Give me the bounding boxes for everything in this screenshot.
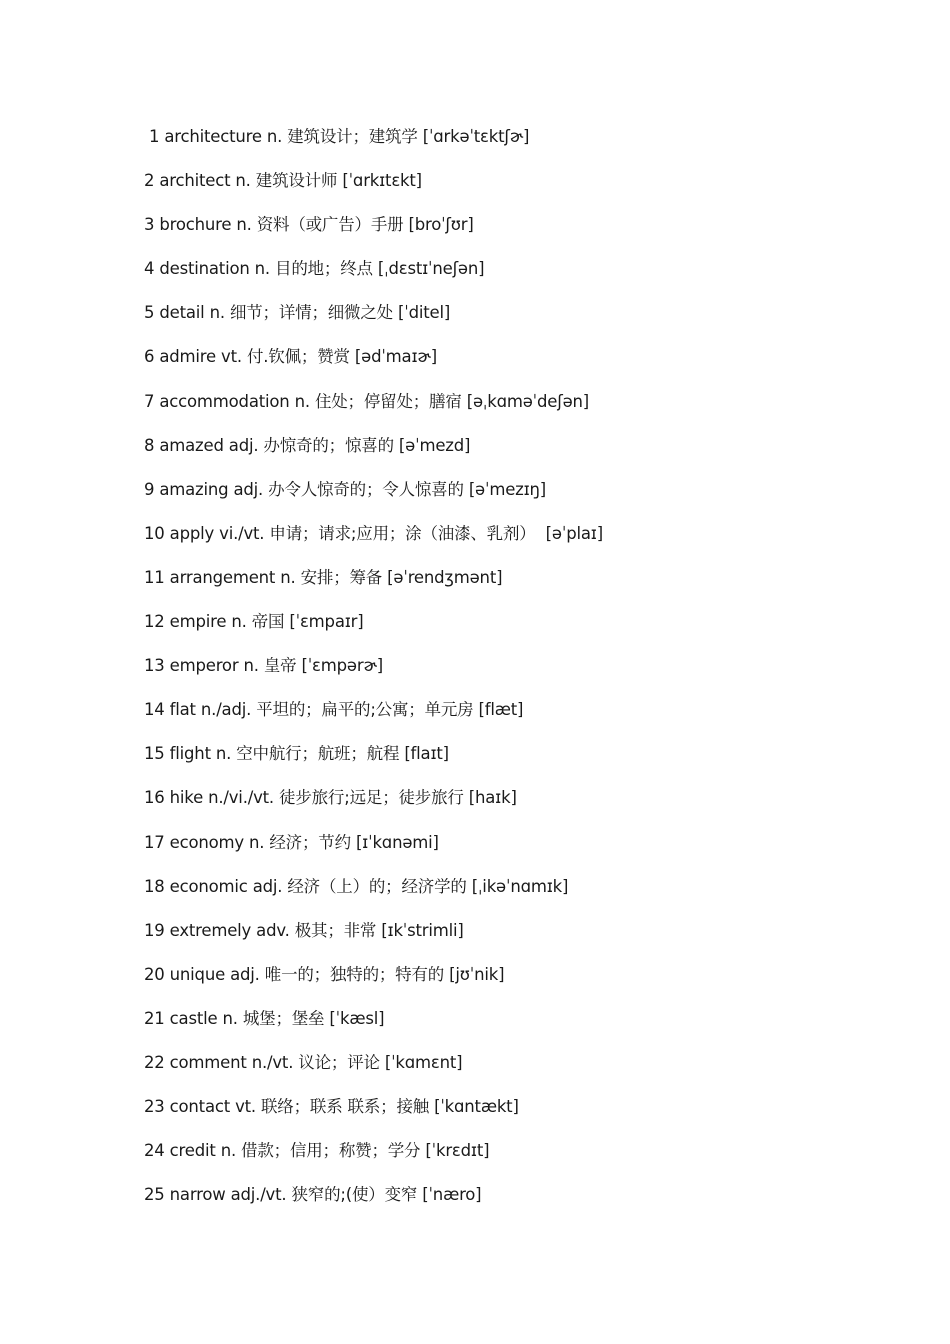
entry-phonetic: [jʊˈnik] — [449, 965, 504, 984]
entry-number: 13 — [144, 656, 165, 675]
entry-phonetic: [ˈɑrkəˈtɛktʃɚ] — [423, 127, 530, 146]
entry-number: 10 — [144, 524, 165, 543]
entry-phonetic: [ədˈmaɪɚ] — [355, 347, 437, 366]
entry-number: 21 — [144, 1009, 165, 1028]
entry-meaning: 付.钦佩；赞赏 — [247, 347, 350, 366]
entry-phonetic: [ˈkrɛdɪt] — [425, 1141, 489, 1160]
entry-word: detail — [159, 303, 204, 322]
entry-word: brochure — [159, 215, 231, 234]
entry-number: 16 — [144, 788, 165, 807]
entry-number: 8 — [144, 436, 154, 455]
entry-meaning: 狭窄的;(使）变窄 — [291, 1185, 417, 1204]
entry-phonetic: [ˈnæro] — [422, 1185, 481, 1204]
entry-phonetic: [əˈplaɪ] — [541, 524, 603, 543]
entry-word: flight — [170, 744, 211, 763]
vocabulary-entry: 9 amazing adj. 办令人惊奇的；令人惊喜的 [əˈmezɪŋ] — [144, 477, 603, 521]
entry-number: 14 — [144, 700, 165, 719]
entry-number: 7 — [144, 392, 154, 411]
entry-meaning: 城堡；堡垒 — [243, 1009, 325, 1028]
entry-number: 1 — [144, 127, 159, 146]
vocabulary-entry: 12 empire n. 帝国 [ˈɛmpaɪr] — [144, 609, 603, 653]
entry-word: architect — [159, 171, 230, 190]
vocabulary-entry: 10 apply vi./vt. 申请；请求;应用；涂（油漆、乳剂） [əˈpl… — [144, 521, 603, 565]
entry-phonetic: [flæt] — [479, 700, 524, 719]
entry-word: contact — [170, 1097, 230, 1116]
entry-part-of-speech: n. — [236, 215, 251, 234]
entry-phonetic: [ˈɑrkɪtɛkt] — [342, 171, 422, 190]
vocabulary-list: 1 architecture n. 建筑设计；建筑学 [ˈɑrkəˈtɛktʃɚ… — [144, 124, 603, 1226]
vocabulary-entry: 16 hike n./vi./vt. 徒步旅行;远足；徒步旅行 [haɪk] — [144, 785, 603, 829]
entry-word: accommodation — [159, 392, 289, 411]
entry-word: comment — [170, 1053, 247, 1072]
vocabulary-entry: 17 economy n. 经济；节约 [ɪˈkɑnəmi] — [144, 830, 603, 874]
entry-part-of-speech: n. — [210, 303, 225, 322]
entry-phonetic: [ˈɛmpaɪr] — [289, 612, 363, 631]
entry-phonetic: [ˈditel] — [398, 303, 450, 322]
vocabulary-entry: 11 arrangement n. 安排；筹备 [əˈrendʒmənt] — [144, 565, 603, 609]
entry-part-of-speech: n. — [295, 392, 310, 411]
vocabulary-entry: 1 architecture n. 建筑设计；建筑学 [ˈɑrkəˈtɛktʃɚ… — [144, 124, 603, 168]
entry-meaning: 资料（或广告）手册 — [257, 215, 404, 234]
entry-phonetic: [ˈkæsl] — [329, 1009, 384, 1028]
entry-word: extremely — [170, 921, 251, 940]
entry-meaning: 住处；停留处；膳宿 — [315, 392, 462, 411]
entry-word: arrangement — [170, 568, 276, 587]
vocabulary-entry: 7 accommodation n. 住处；停留处；膳宿 [əˌkɑməˈdeʃ… — [144, 389, 603, 433]
entry-word: apply — [170, 524, 214, 543]
entry-number: 5 — [144, 303, 154, 322]
vocabulary-entry: 18 economic adj. 经济（上）的；经济学的 [ˌikəˈnɑmɪk… — [144, 874, 603, 918]
entry-phonetic: [əˈmezd] — [399, 436, 470, 455]
entry-number: 17 — [144, 833, 165, 852]
entry-number: 18 — [144, 877, 165, 896]
vocabulary-entry: 2 architect n. 建筑设计师 [ˈɑrkɪtɛkt] — [144, 168, 603, 212]
vocabulary-entry: 15 flight n. 空中航行；航班；航程 [flaɪt] — [144, 741, 603, 785]
entry-number: 20 — [144, 965, 165, 984]
vocabulary-entry: 25 narrow adj./vt. 狭窄的;(使）变窄 [ˈnæro] — [144, 1182, 603, 1226]
entry-phonetic: [əˈrendʒmənt] — [387, 568, 502, 587]
entry-number: 19 — [144, 921, 165, 940]
entry-word: hike — [170, 788, 203, 807]
entry-word: credit — [170, 1141, 216, 1160]
vocabulary-entry: 22 comment n./vt. 议论；评论 [ˈkɑmɛnt] — [144, 1050, 603, 1094]
entry-phonetic: [haɪk] — [469, 788, 517, 807]
vocabulary-entry: 23 contact vt. 联络；联系 联系；接触 [ˈkɑntækt] — [144, 1094, 603, 1138]
entry-number: 2 — [144, 171, 154, 190]
entry-word: amazed — [159, 436, 223, 455]
entry-meaning: 申请；请求;应用；涂（油漆、乳剂） — [269, 524, 535, 543]
vocabulary-entry: 3 brochure n. 资料（或广告）手册 [broˈʃʊr] — [144, 212, 603, 256]
entry-meaning: 借款；信用；称赞；学分 — [241, 1141, 420, 1160]
document-page: 1 architecture n. 建筑设计；建筑学 [ˈɑrkəˈtɛktʃɚ… — [0, 0, 950, 1344]
entry-meaning: 唯一的；独特的；特有的 — [265, 965, 444, 984]
entry-word: unique — [170, 965, 225, 984]
entry-part-of-speech: n. — [223, 1009, 238, 1028]
entry-meaning: 建筑设计师 — [256, 171, 338, 190]
entry-part-of-speech: n. — [216, 744, 231, 763]
entry-phonetic: [broˈʃʊr] — [408, 215, 473, 234]
entry-part-of-speech: n. — [280, 568, 295, 587]
entry-meaning: 经济（上）的；经济学的 — [287, 877, 466, 896]
entry-number: 24 — [144, 1141, 165, 1160]
vocabulary-entry: 5 detail n. 细节；详情；细微之处 [ˈditel] — [144, 300, 603, 344]
entry-part-of-speech: vt. — [235, 1097, 256, 1116]
entry-word: emperor — [170, 656, 239, 675]
entry-part-of-speech: n. — [267, 127, 282, 146]
entry-phonetic: [əˌkɑməˈdeʃən] — [467, 392, 589, 411]
entry-phonetic: [ɪˈkɑnəmi] — [356, 833, 439, 852]
entry-part-of-speech: n. — [235, 171, 250, 190]
vocabulary-entry: 13 emperor n. 皇帝 [ˈɛmpərɚ] — [144, 653, 603, 697]
entry-part-of-speech: vi./vt. — [219, 524, 264, 543]
entry-number: 6 — [144, 347, 154, 366]
entry-part-of-speech: n./vt. — [252, 1053, 294, 1072]
entry-part-of-speech: n./vi./vt. — [208, 788, 274, 807]
entry-part-of-speech: adj./vt. — [231, 1185, 287, 1204]
vocabulary-entry: 14 flat n./adj. 平坦的；扁平的;公寓；单元房 [flæt] — [144, 697, 603, 741]
entry-meaning: 办惊奇的；惊喜的 — [263, 436, 393, 455]
entry-word: destination — [159, 259, 249, 278]
entry-phonetic: [əˈmezɪŋ] — [469, 480, 546, 499]
entry-part-of-speech: adv. — [256, 921, 290, 940]
vocabulary-entry: 4 destination n. 目的地；终点 [ˌdɛstɪˈneʃən] — [144, 256, 603, 300]
entry-part-of-speech: n. — [221, 1141, 236, 1160]
entry-meaning: 经济；节约 — [269, 833, 351, 852]
entry-word: amazing — [159, 480, 228, 499]
entry-number: 4 — [144, 259, 154, 278]
entry-meaning: 细节；详情；细微之处 — [230, 303, 393, 322]
entry-number: 11 — [144, 568, 165, 587]
entry-part-of-speech: n. — [231, 612, 246, 631]
entry-part-of-speech: n./adj. — [201, 700, 251, 719]
entry-number: 25 — [144, 1185, 165, 1204]
entry-word: economy — [170, 833, 244, 852]
entry-part-of-speech: adj. — [253, 877, 283, 896]
entry-phonetic: [ɪkˈstrimli] — [381, 921, 463, 940]
entry-part-of-speech: n. — [243, 656, 258, 675]
entry-part-of-speech: n. — [249, 833, 264, 852]
entry-number: 3 — [144, 215, 154, 234]
entry-word: empire — [170, 612, 227, 631]
vocabulary-entry: 20 unique adj. 唯一的；独特的；特有的 [jʊˈnik] — [144, 962, 603, 1006]
entry-phonetic: [ˈkɑmɛnt] — [385, 1053, 463, 1072]
entry-part-of-speech: n. — [255, 259, 270, 278]
entry-phonetic: [ˈkɑntækt] — [434, 1097, 519, 1116]
entry-meaning: 帝国 — [252, 612, 285, 631]
entry-meaning: 平坦的；扁平的;公寓；单元房 — [256, 700, 473, 719]
entry-word: flat — [170, 700, 196, 719]
entry-meaning: 联络；联系 联系；接触 — [261, 1097, 429, 1116]
entry-word: castle — [170, 1009, 218, 1028]
vocabulary-entry: 19 extremely adv. 极其；非常 [ɪkˈstrimli] — [144, 918, 603, 962]
entry-meaning: 极其；非常 — [295, 921, 377, 940]
entry-meaning: 目的地；终点 — [275, 259, 373, 278]
entry-number: 9 — [144, 480, 154, 499]
entry-meaning: 建筑设计；建筑学 — [287, 127, 417, 146]
entry-part-of-speech: adj. — [229, 436, 259, 455]
entry-part-of-speech: vt. — [221, 347, 242, 366]
entry-part-of-speech: adj. — [233, 480, 263, 499]
entry-phonetic: [ˌikəˈnɑmɪk] — [472, 877, 569, 896]
entry-word: admire — [159, 347, 216, 366]
entry-meaning: 安排；筹备 — [301, 568, 383, 587]
entry-meaning: 办令人惊奇的；令人惊喜的 — [268, 480, 464, 499]
entry-number: 23 — [144, 1097, 165, 1116]
entry-meaning: 皇帝 — [264, 656, 297, 675]
vocabulary-entry: 6 admire vt. 付.钦佩；赞赏 [ədˈmaɪɚ] — [144, 344, 603, 388]
entry-number: 12 — [144, 612, 165, 631]
entry-word: architecture — [164, 127, 261, 146]
entry-phonetic: [ˈɛmpərɚ] — [301, 656, 383, 675]
entry-number: 22 — [144, 1053, 165, 1072]
vocabulary-entry: 24 credit n. 借款；信用；称赞；学分 [ˈkrɛdɪt] — [144, 1138, 603, 1182]
entry-word: economic — [170, 877, 248, 896]
entry-word: narrow — [170, 1185, 226, 1204]
entry-phonetic: [ˌdɛstɪˈneʃən] — [378, 259, 485, 278]
entry-meaning: 徒步旅行;远足；徒步旅行 — [279, 788, 464, 807]
entry-phonetic: [flaɪt] — [404, 744, 449, 763]
entry-meaning: 议论；评论 — [298, 1053, 380, 1072]
vocabulary-entry: 21 castle n. 城堡；堡垒 [ˈkæsl] — [144, 1006, 603, 1050]
vocabulary-entry: 8 amazed adj. 办惊奇的；惊喜的 [əˈmezd] — [144, 433, 603, 477]
entry-meaning: 空中航行；航班；航程 — [236, 744, 399, 763]
entry-part-of-speech: adj. — [230, 965, 260, 984]
entry-number: 15 — [144, 744, 165, 763]
